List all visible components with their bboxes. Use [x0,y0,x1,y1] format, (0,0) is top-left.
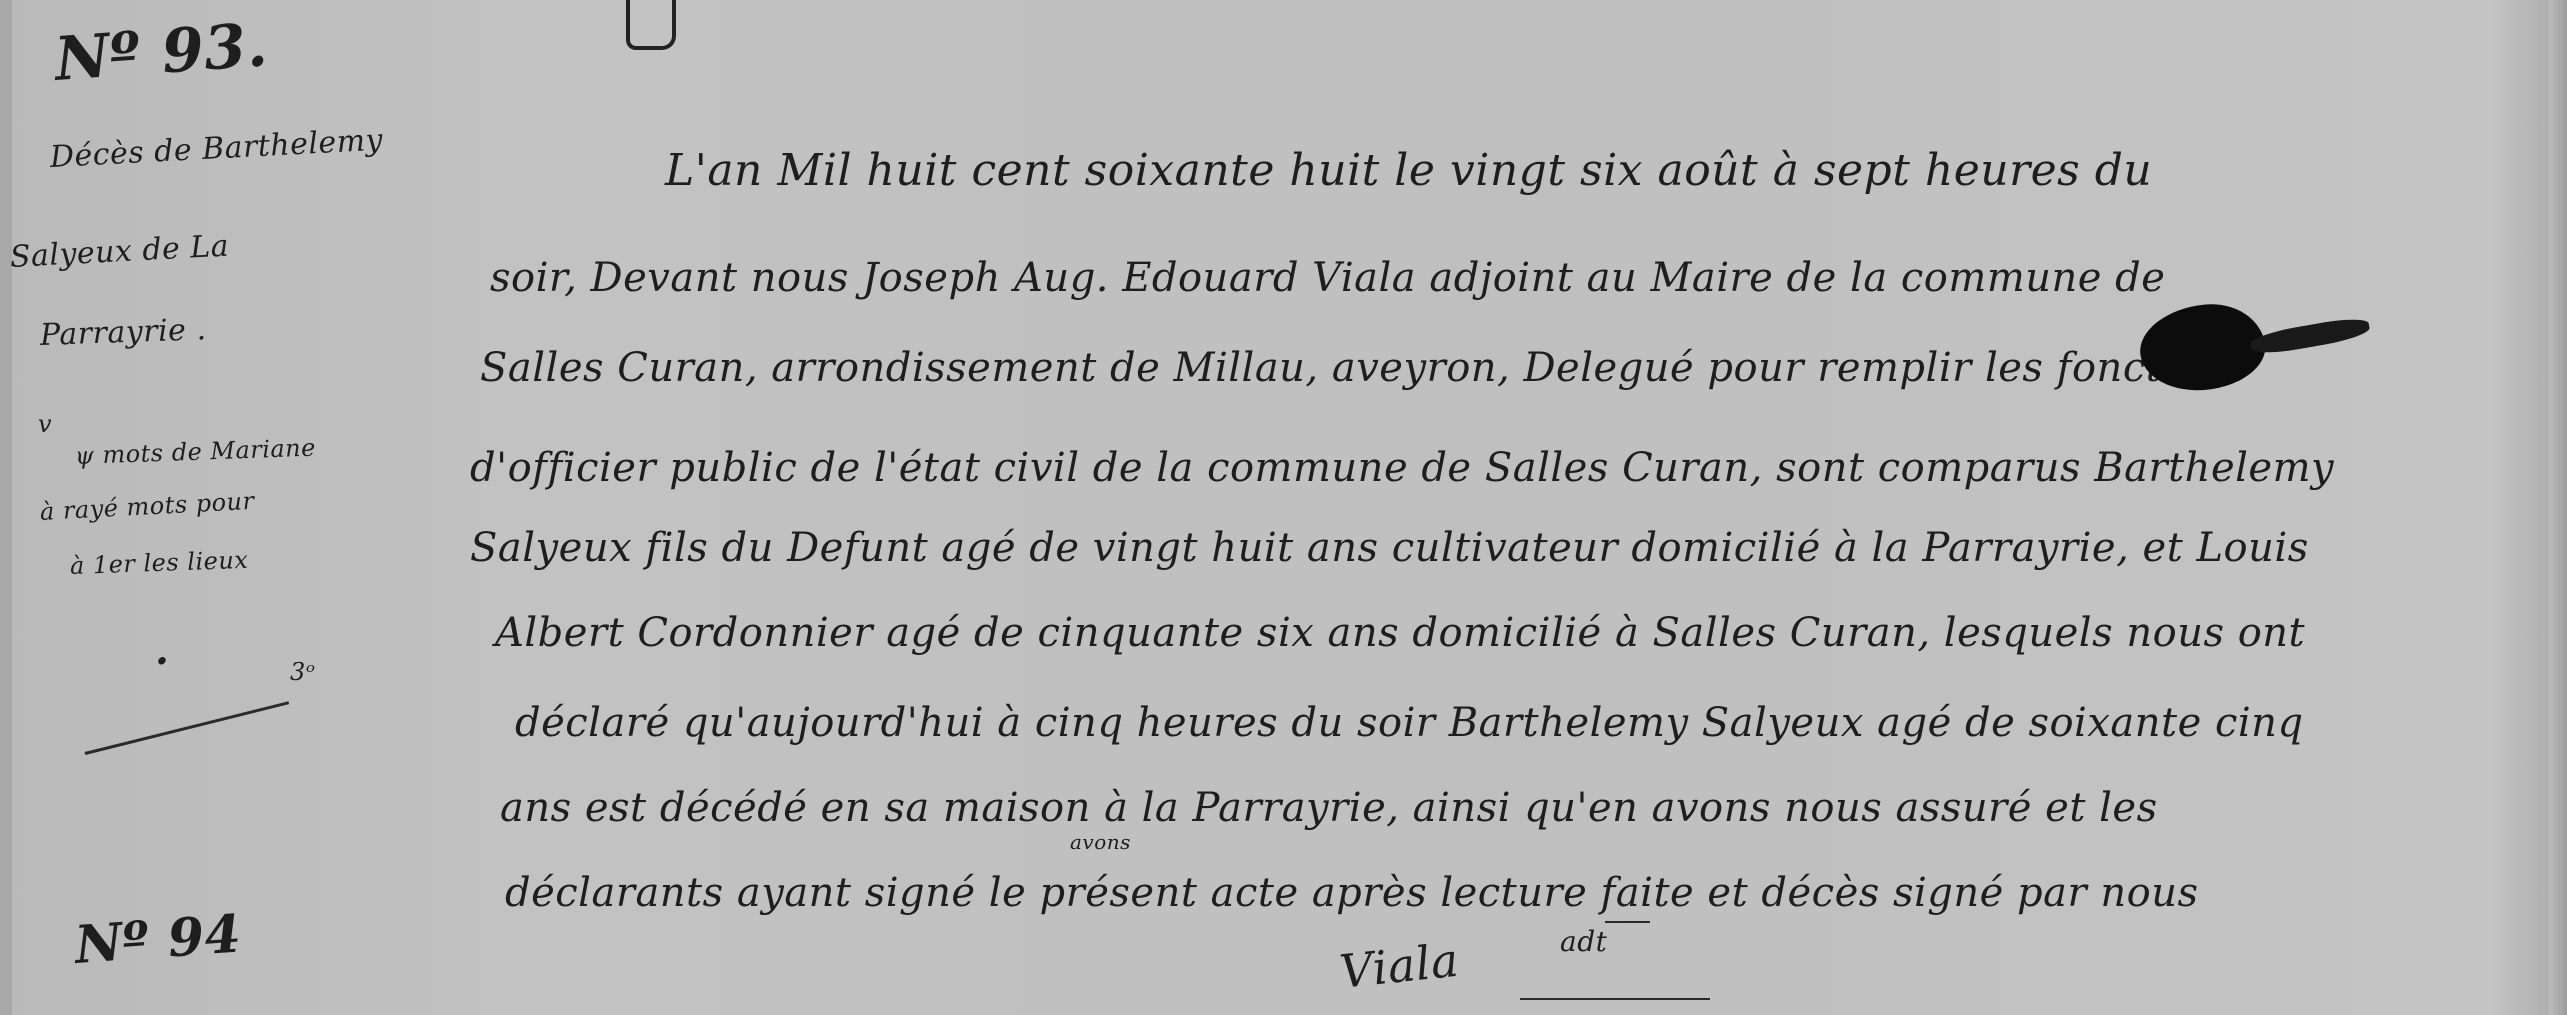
margin-flourish-stroke [85,701,289,755]
signature-underline [1520,998,1710,1000]
ink-blot-smear [2249,315,2371,358]
body-line: Salles Curan, arrondissement de Millau, … [480,345,2247,391]
margin-title-line: Parrayrie . [39,312,207,353]
body-line: Salyeux fils du Defunt agé de vingt huit… [470,525,2309,571]
margin-dot: · [155,638,169,685]
page-edge-left [0,0,12,1015]
margin-title-line: Salyeux de La [9,229,230,275]
margin-note-marker: v [38,410,52,438]
margin-note-line: ψ mots de Mariane [75,434,317,470]
body-line: soir, Devant nous Joseph Aug. Edouard Vi… [490,255,2165,301]
signature-suffix: adt [1560,925,1607,958]
page-edge-right [2549,0,2567,1015]
entry-number: Nº 93. [53,10,270,95]
body-line: L'an Mil huit cent soixante huit le ving… [665,145,2152,196]
body-line: déclarants ayant signé le présent acte a… [505,870,2198,916]
next-entry-number: Nº 94 [73,903,243,975]
margin-sign-mark: 3ᵒ [290,658,316,686]
document-page: Nº 93. Décès de Barthelemy Salyeux de La… [0,0,2567,1015]
body-line: Albert Cordonnier agé de cinquante six a… [495,610,2305,656]
body-line: déclaré qu'aujourd'hui à cinq heures du … [515,700,2304,746]
signature-dash [1605,921,1650,923]
signature: Viala [1337,933,1461,999]
interlinear-insertion: avons [1070,830,1131,854]
margin-title-line: Décès de Barthelemy [49,123,384,175]
margin-note-line: à rayé mots pour [39,487,255,526]
body-line: ans est décédé en sa maison à la Parrayr… [500,785,2158,831]
body-line: d'officier public de l'état civil de la … [470,445,2334,491]
top-mark [626,0,676,50]
margin-note-line: à 1er les lieux [70,546,249,580]
